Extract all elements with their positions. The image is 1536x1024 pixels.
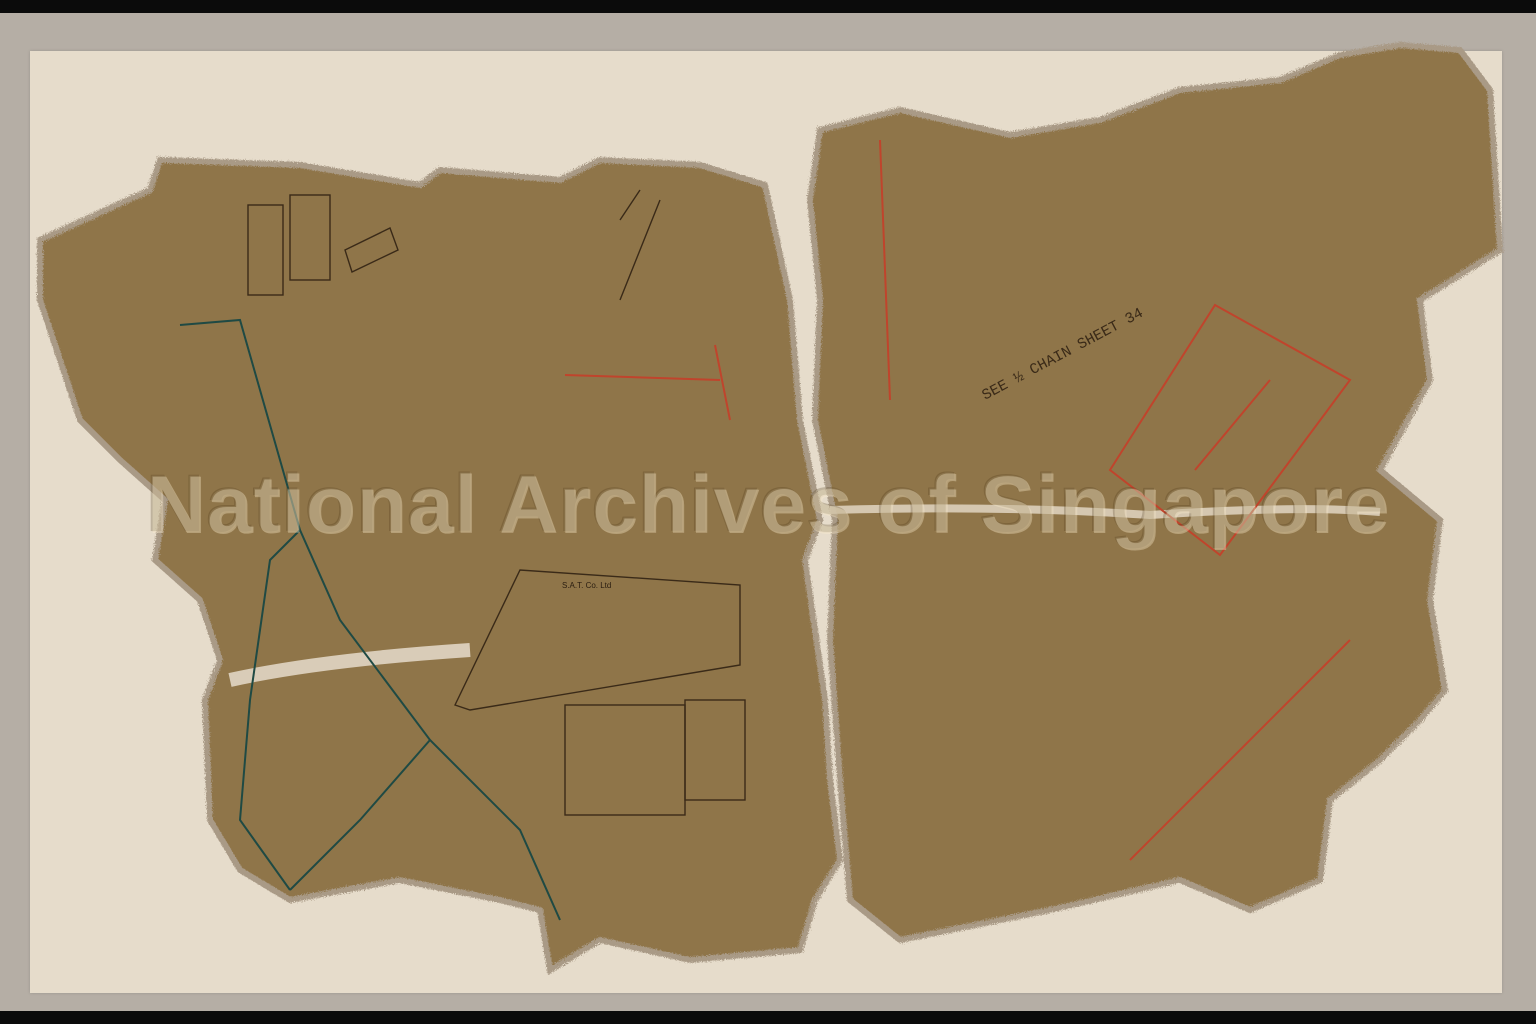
watermark: National Archives of Singapore [0, 458, 1536, 552]
left-map-fragment [40, 160, 840, 970]
company-label: S.A.T. Co. Ltd [562, 581, 611, 590]
